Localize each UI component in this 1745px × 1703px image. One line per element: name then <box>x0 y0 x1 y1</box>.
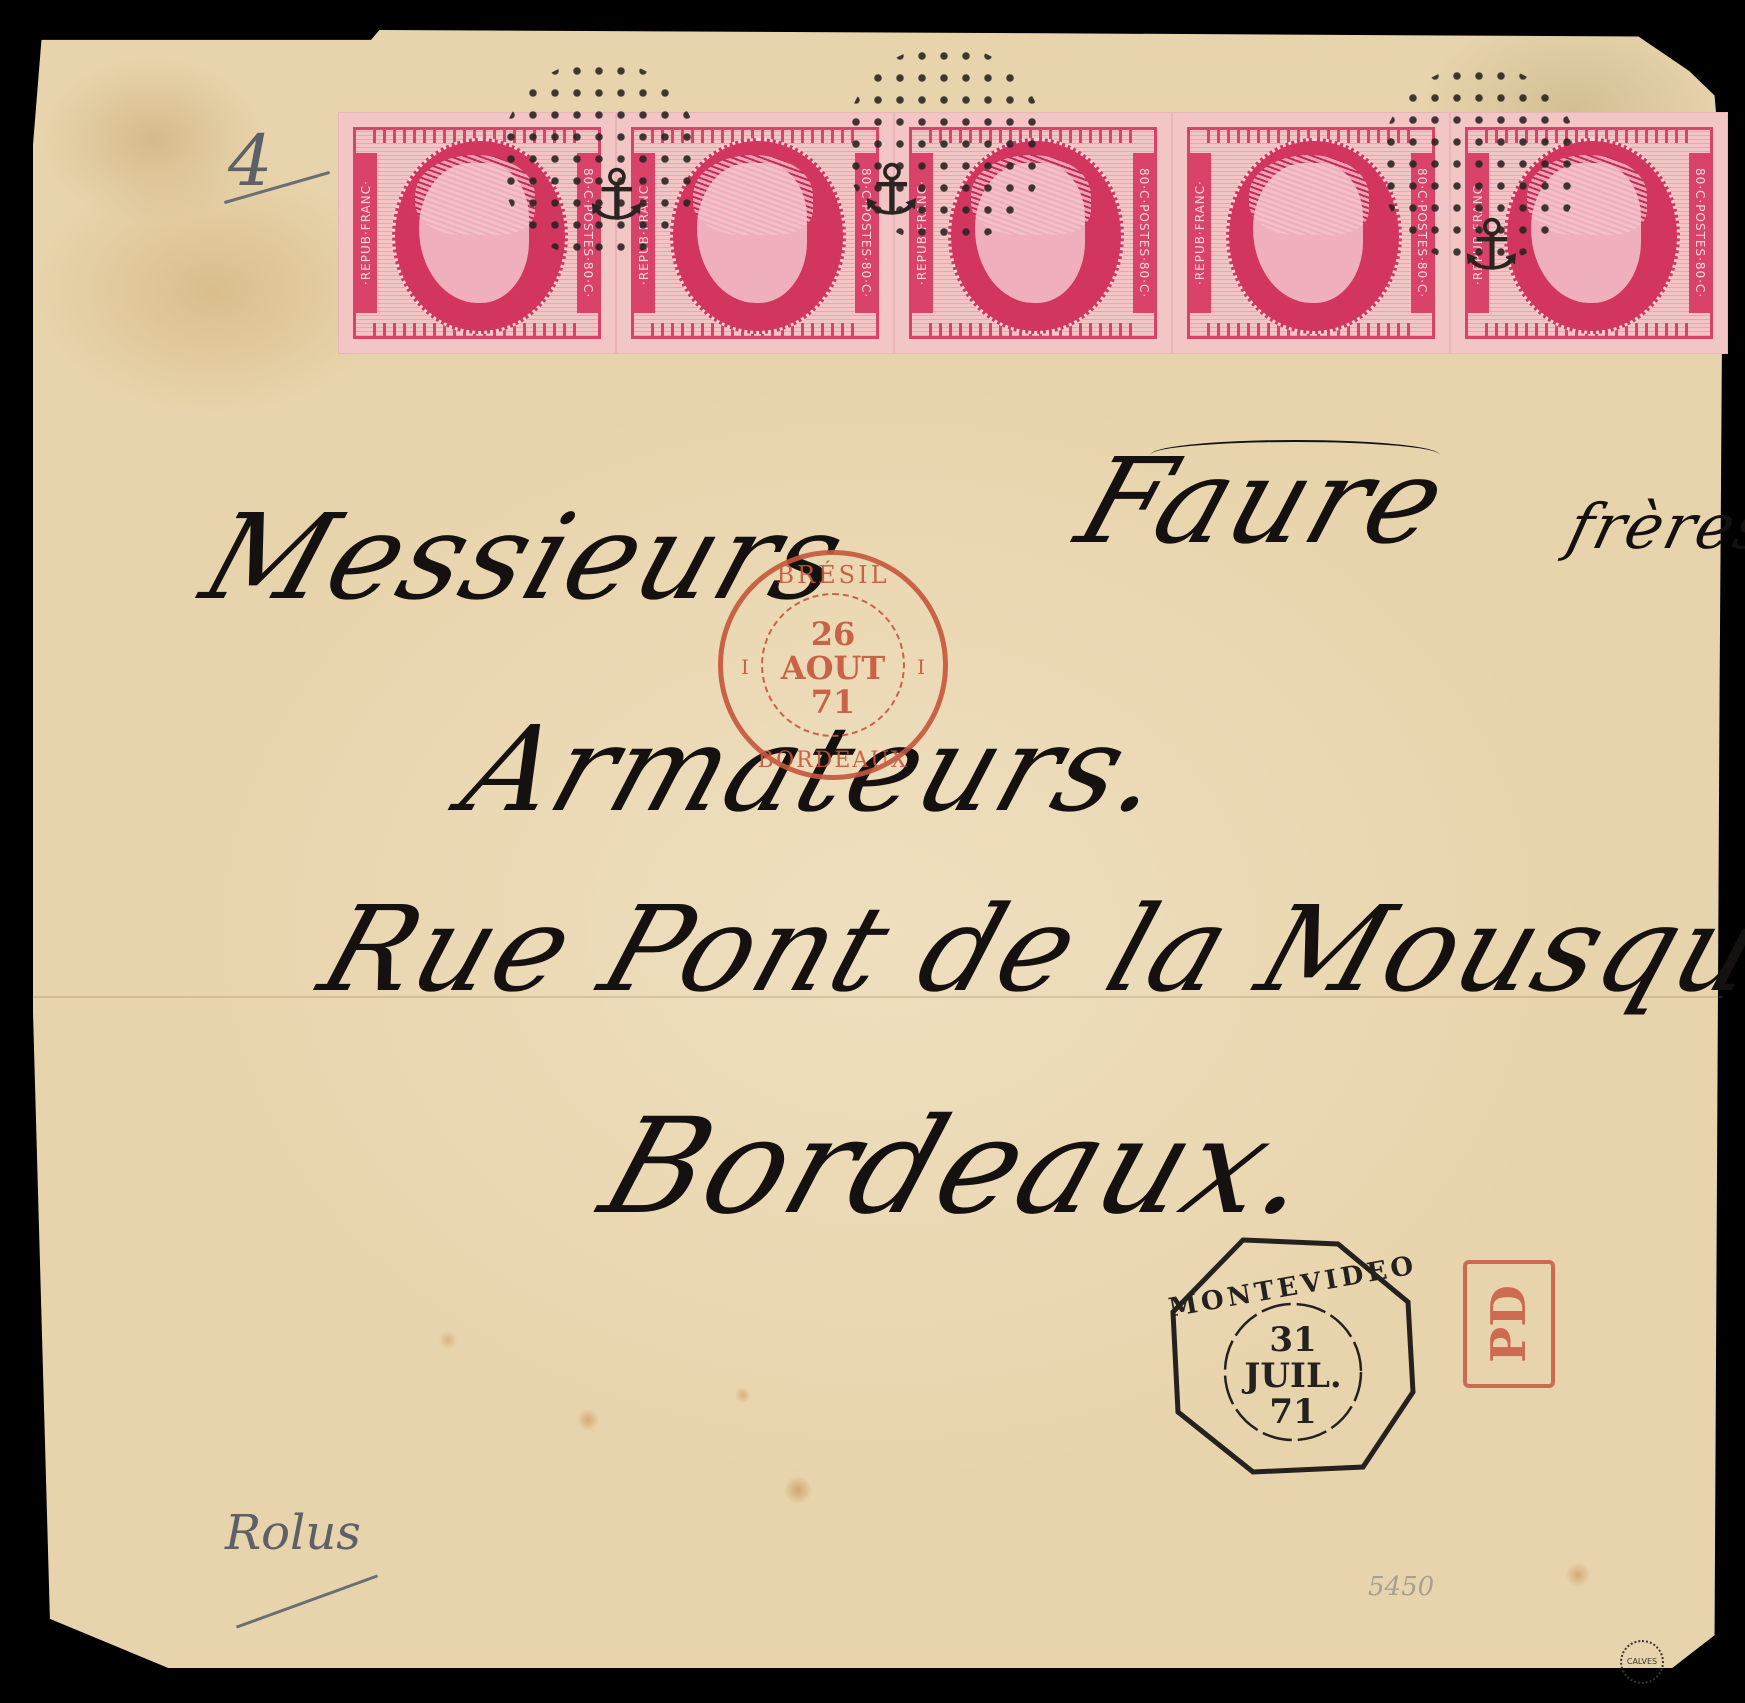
stamp-1: ·REPUB·FRANC· 80·C·POSTES·80·C· <box>338 112 616 354</box>
pencil-expert-signature: Rolus <box>225 1505 361 1561</box>
postmark-date: 31 JUIL. 71 <box>1163 1322 1423 1430</box>
anchor-icon: ⚓ <box>860 155 923 225</box>
postmark-month: AOUT <box>723 651 943 685</box>
postmark-bottom-text: BORDEAUX <box>723 748 943 773</box>
expert-mark-icon: CALVES <box>1620 1640 1664 1684</box>
stamp-left-text: ·REPUB·FRANC· <box>355 153 377 313</box>
anchor-icon: ⚓ <box>585 160 648 230</box>
bordeaux-arrival-postmark: BRÉSIL I I 26 AOUT 71 BORDEAUX <box>718 550 948 780</box>
postmark-day: 31 <box>1163 1322 1423 1358</box>
stamp-4: ·REPUB·FRANC· 80·C·POSTES·80·C· <box>1172 112 1450 354</box>
postmark-day: 26 <box>723 617 943 651</box>
montevideo-octagonal-postmark: MONTEVIDEO 31 JUIL. 71 <box>1163 1232 1423 1482</box>
stamp-2: ·REPUB·FRANC· 80·C·POSTES·80·C· <box>616 112 894 354</box>
pd-handstamp: PD <box>1463 1260 1555 1388</box>
postmark-date: 26 AOUT 71 <box>723 617 943 719</box>
stamp-3: ·REPUB·FRANC· 80·C·POSTES·80·C· <box>894 112 1172 354</box>
stamp-right-text: 80·C·POSTES·80·C· <box>1689 153 1711 313</box>
stamp-right-text: 80·C·POSTES·80·C· <box>1411 153 1433 313</box>
anchor-icon: ⚓ <box>1460 210 1523 280</box>
address-line-3: Rue Pont de la Mousque <box>306 880 1745 1018</box>
postmark-month: JUIL. <box>1163 1358 1423 1394</box>
address-line-4: Bordeaux. <box>585 1090 1335 1244</box>
address-freres: frères <box>1561 490 1745 563</box>
address-name: Faure <box>1063 432 1464 570</box>
postmark-year: 71 <box>723 685 943 719</box>
postmark-year: 71 <box>1163 1394 1423 1430</box>
pencil-number: 5450 <box>1368 1572 1434 1602</box>
postmark-top-text: BRÉSIL <box>723 561 943 589</box>
stamp-right-text: 80·C·POSTES·80·C· <box>1133 153 1155 313</box>
stamp-left-text: ·REPUB·FRANC· <box>1189 153 1211 313</box>
pd-text: PD <box>1481 1285 1537 1363</box>
